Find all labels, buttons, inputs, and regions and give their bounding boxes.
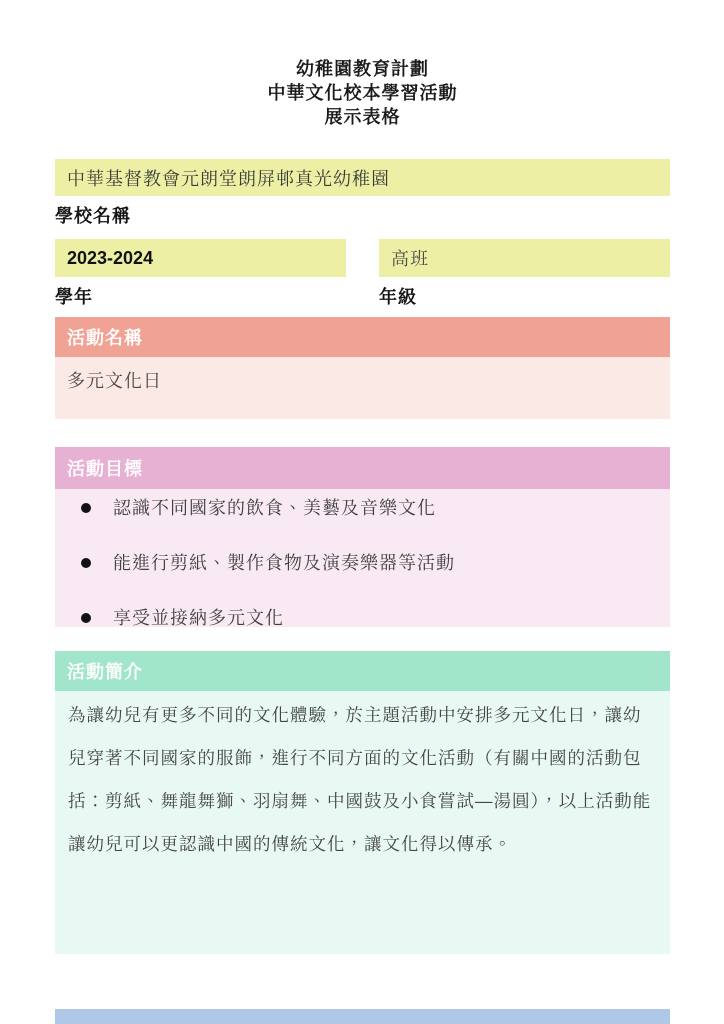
intro-body: 為讓幼兒有更多不同的文化體驗，於主題活動中安排多元文化日，讓幼兒穿著不同國家的服… <box>55 691 670 954</box>
section-objectives: 活動目標 認識不同國家的飲食、美藝及音樂文化 能進行剪紙、製作食物及演奏樂器等活… <box>55 447 670 627</box>
grade-value: 高班 <box>391 245 429 271</box>
bullet-dot-icon <box>81 503 91 513</box>
bullet-dot-icon <box>81 613 91 623</box>
intro-header: 活動簡介 <box>55 651 670 691</box>
school-name-text: 中華基督教會元朗堂朗屏邨真光幼稚園 <box>67 165 390 191</box>
document-title: 幼稚園教育計劃 中華文化校本學習活動 展示表格 <box>55 0 670 129</box>
section-intro: 活動簡介 為讓幼兒有更多不同的文化體驗，於主題活動中安排多元文化日，讓幼兒穿著不… <box>55 651 670 954</box>
document-page: 幼稚園教育計劃 中華文化校本學習活動 展示表格 中華基督教會元朗堂朗屏邨真光幼稚… <box>0 0 724 1024</box>
activity-name-value: 多元文化日 <box>67 371 162 391</box>
objective-text: 認識不同國家的飲食、美藝及音樂文化 <box>113 497 436 519</box>
next-section-header-partial <box>55 1009 670 1024</box>
objective-text: 能進行剪紙、製作食物及演奏樂器等活動 <box>113 552 455 574</box>
school-name-banner: 中華基督教會元朗堂朗屏邨真光幼稚園 <box>55 159 670 196</box>
activity-name-body: 多元文化日 <box>55 357 670 419</box>
objective-item: 享受並接納多元文化 <box>67 607 658 629</box>
school-year-label: 學年 <box>55 286 346 308</box>
objective-item: 認識不同國家的飲食、美藝及音樂文化 <box>67 497 658 519</box>
bullet-dot-icon <box>81 558 91 568</box>
section-activity-name: 活動名稱 多元文化日 <box>55 317 670 419</box>
intro-paragraph: 為讓幼兒有更多不同的文化體驗，於主題活動中安排多元文化日，讓幼兒穿著不同國家的服… <box>68 705 651 854</box>
school-year-box: 2023-2024 <box>55 239 346 277</box>
objective-text: 享受並接納多元文化 <box>113 607 284 629</box>
activity-name-header: 活動名稱 <box>55 317 670 357</box>
title-line-2: 中華文化校本學習活動 <box>55 81 670 105</box>
objective-item: 能進行剪紙、製作食物及演奏樂器等活動 <box>67 552 658 574</box>
objectives-body: 認識不同國家的飲食、美藝及音樂文化 能進行剪紙、製作食物及演奏樂器等活動 享受並… <box>55 489 670 627</box>
year-grade-row: 2023-2024 高班 <box>55 239 670 277</box>
grade-box: 高班 <box>379 239 670 277</box>
title-line-1: 幼稚園教育計劃 <box>55 57 670 81</box>
school-year-value: 2023-2024 <box>67 248 153 269</box>
objectives-header: 活動目標 <box>55 447 670 489</box>
title-line-3: 展示表格 <box>55 105 670 129</box>
page-content: 幼稚園教育計劃 中華文化校本學習活動 展示表格 中華基督教會元朗堂朗屏邨真光幼稚… <box>55 0 670 954</box>
year-grade-labels: 學年 年級 <box>55 277 670 308</box>
school-name-label: 學校名稱 <box>55 205 670 227</box>
objectives-list: 認識不同國家的飲食、美藝及音樂文化 能進行剪紙、製作食物及演奏樂器等活動 享受並… <box>67 497 658 629</box>
grade-label: 年級 <box>379 286 670 308</box>
